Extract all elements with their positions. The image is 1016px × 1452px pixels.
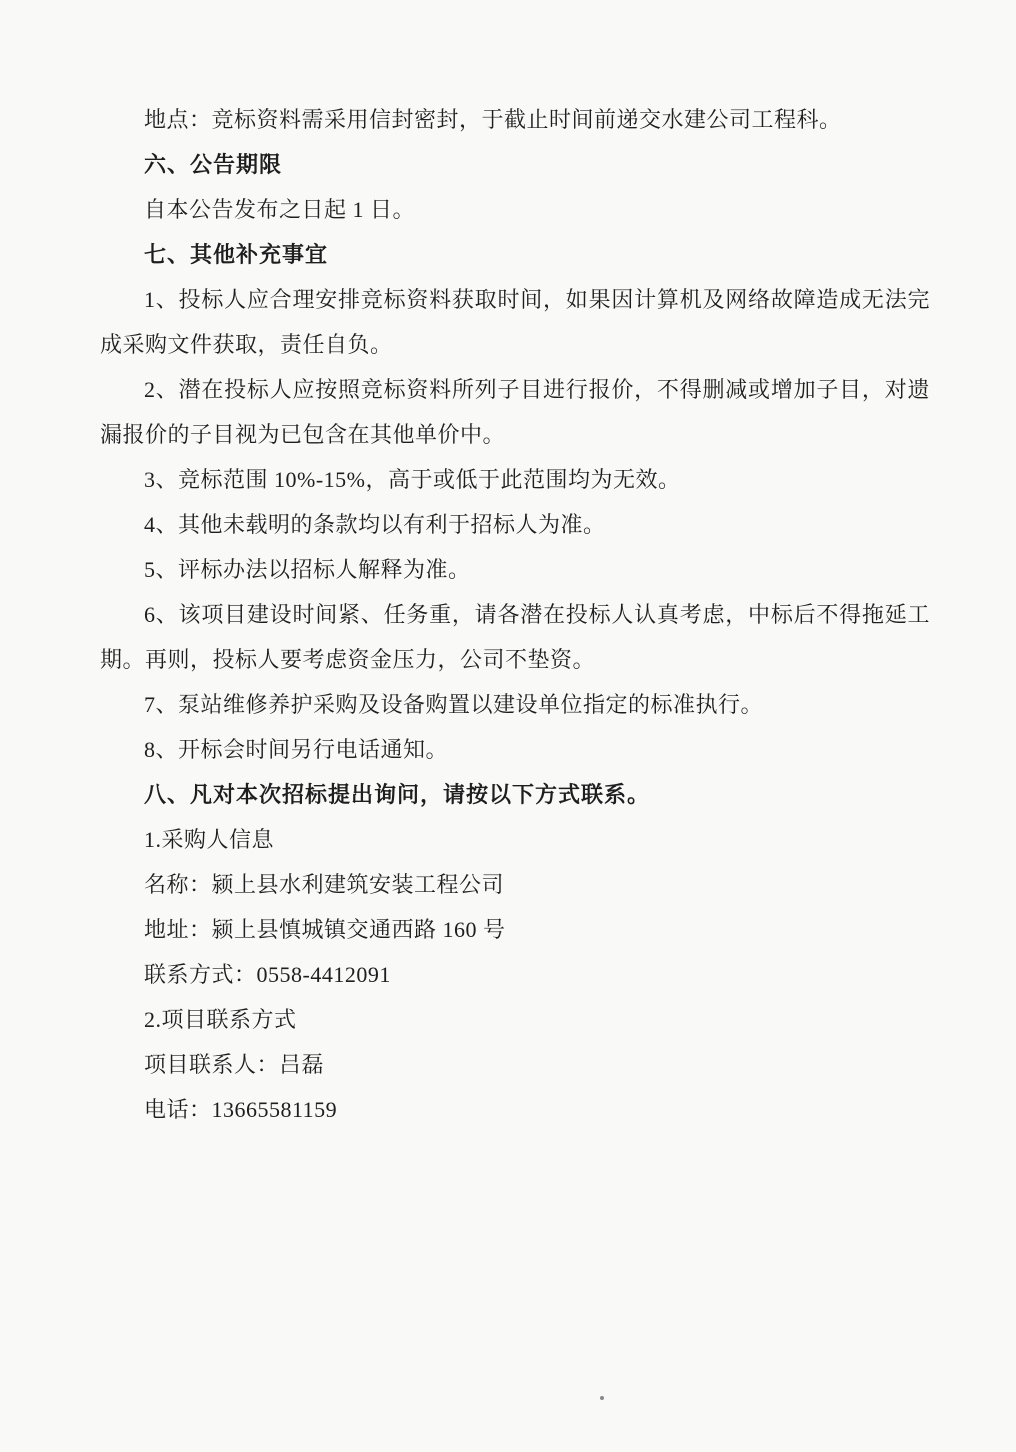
para-item-4: 4、其他未载明的条款均以有利于招标人为准。 [100,502,930,547]
heading-contact-section: 八、凡对本次招标提出询问，请按以下方式联系。 [100,772,930,817]
para-purchaser-name: 名称：颍上县水利建筑安装工程公司 [100,862,930,907]
para-item-2: 2、潜在投标人应按照竞标资料所列子目进行报价，不得删减或增加子目，对遗漏报价的子… [100,367,930,457]
para-item-7: 7、泵站维修养护采购及设备购置以建设单位指定的标准执行。 [100,682,930,727]
para-item-8: 8、开标会时间另行电话通知。 [100,727,930,772]
para-announcement-period-body: 自本公告发布之日起 1 日。 [100,187,930,232]
para-item-1: 1、投标人应合理安排竞标资料获取时间，如果因计算机及网络故障造成无法完成采购文件… [100,277,930,367]
para-project-phone: 电话：13665581159 [100,1087,930,1132]
para-project-contact-label: 2.项目联系方式 [100,997,930,1042]
document-body: 地点：竞标资料需采用信封密封，于截止时间前递交水建公司工程科。 六、公告期限 自… [100,97,930,1132]
heading-announcement-period: 六、公告期限 [100,142,930,187]
scan-artifact-dot [600,1396,604,1400]
para-item-5: 5、评标办法以招标人解释为准。 [100,547,930,592]
para-project-contact-person: 项目联系人：吕磊 [100,1042,930,1087]
para-item-3: 3、竞标范围 10%-15%，高于或低于此范围均为无效。 [100,457,930,502]
para-location-line: 地点：竞标资料需采用信封密封，于截止时间前递交水建公司工程科。 [100,97,930,142]
scanned-document-page: 地点：竞标资料需采用信封密封，于截止时间前递交水建公司工程科。 六、公告期限 自… [0,0,1016,1452]
para-purchaser-info-label: 1.采购人信息 [100,817,930,862]
para-item-6: 6、该项目建设时间紧、任务重，请各潜在投标人认真考虑，中标后不得拖延工期。再则，… [100,592,930,682]
para-purchaser-contact: 联系方式：0558-4412091 [100,952,930,997]
heading-other-supplementary-matters: 七、其他补充事宜 [100,232,930,277]
para-purchaser-address: 地址：颍上县慎城镇交通西路 160 号 [100,907,930,952]
